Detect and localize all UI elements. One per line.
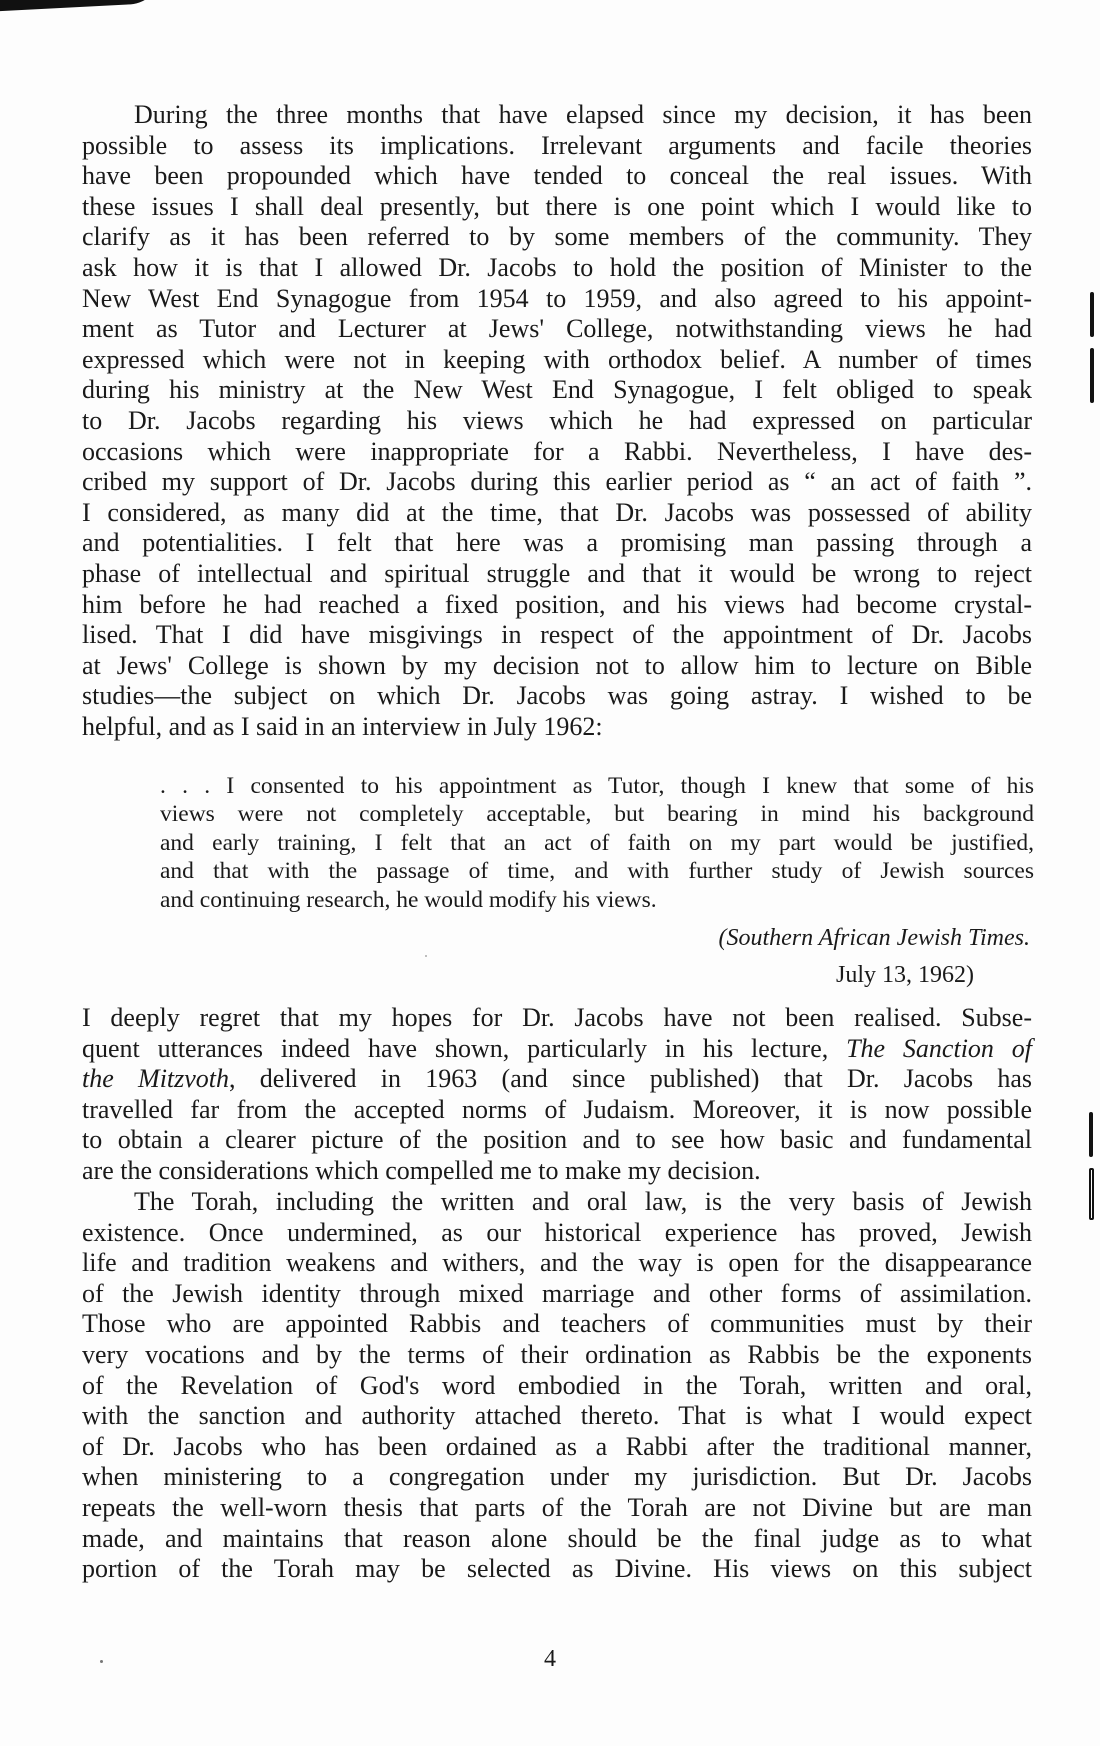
text-line: clarify as it has been referred to by so… [82, 222, 1032, 253]
page-number: 4 [0, 1646, 1100, 1673]
text-line: I considered, as many did at the time, t… [82, 498, 1032, 529]
text-line: of Dr. Jacobs who has been ordained as a… [82, 1432, 1032, 1463]
block-quote: . . . I consented to his appointment as … [160, 772, 1034, 914]
text-line: and continuing research, he would modify… [160, 886, 1034, 914]
text-line: when ministering to a congregation under… [82, 1462, 1032, 1493]
text-line: I deeply regret that my hopes for Dr. Ja… [82, 1003, 1032, 1034]
text-line: have been propounded which have tended t… [82, 161, 1032, 192]
margin-marker [1090, 348, 1094, 403]
text-line: with the sanction and authority attached… [82, 1401, 1032, 1432]
paragraph-1: During the three months that have elapse… [82, 100, 1032, 742]
quote-citation-date: July 13, 1962) [836, 962, 974, 989]
text-line: existence. Once undermined, as our histo… [82, 1218, 1032, 1249]
text-line: at Jews' College is shown by my decision… [82, 651, 1032, 682]
paragraph-3: The Torah, including the written and ora… [82, 1187, 1032, 1585]
text-line: . . . I consented to his appointment as … [160, 772, 1034, 800]
text-line: possible to assess its implications. Irr… [82, 131, 1032, 162]
text-line: repeats the well-worn thesis that parts … [82, 1493, 1032, 1524]
text-line: to obtain a clearer picture of the posit… [82, 1125, 1032, 1156]
text-line: very vocations and by the terms of their… [82, 1340, 1032, 1371]
margin-marker [1089, 1168, 1094, 1220]
text-line: studies—the subject on which Dr. Jacobs … [82, 681, 1032, 712]
text-line: and that with the passage of time, and w… [160, 857, 1034, 885]
document-page: During the three months that have elapse… [0, 0, 1100, 1746]
text-line: The Torah, including the written and ora… [82, 1187, 1032, 1218]
text-line: him before he had reached a fixed positi… [82, 590, 1032, 621]
text-line: views were not completely acceptable, bu… [160, 800, 1034, 828]
text-line: helpful, and as I said in an interview i… [82, 712, 1032, 743]
text-line: of the Jewish identity through mixed mar… [82, 1279, 1032, 1310]
text-line: quent utterances indeed have shown, part… [82, 1034, 1032, 1065]
scan-corner-shadow [0, 0, 161, 13]
text-line: these issues I shall deal presently, but… [82, 192, 1032, 223]
paragraph-2: I deeply regret that my hopes for Dr. Ja… [82, 1003, 1032, 1187]
text-line: ask how it is that I allowed Dr. Jacobs … [82, 253, 1032, 284]
text-line: life and tradition weakens and withers, … [82, 1248, 1032, 1279]
text-line: During the three months that have elapse… [82, 100, 1032, 131]
text-line: made, and maintains that reason alone sh… [82, 1524, 1032, 1555]
text-line: ment as Tutor and Lecturer at Jews' Coll… [82, 314, 1032, 345]
margin-marker [1090, 292, 1094, 337]
quote-citation-source: (Southern African Jewish Times. [718, 925, 1030, 952]
text-line: Those who are appointed Rabbis and teach… [82, 1309, 1032, 1340]
text-line: and early training, I felt that an act o… [160, 829, 1034, 857]
text-line: to Dr. Jacobs regarding his views which … [82, 406, 1032, 437]
text-line: expressed which were not in keeping with… [82, 345, 1032, 376]
text-line: portion of the Torah may be selected as … [82, 1554, 1032, 1585]
text-line: phase of intellectual and spiritual stru… [82, 559, 1032, 590]
text-line: occasions which were inappropriate for a… [82, 437, 1032, 468]
text-line: New West End Synagogue from 1954 to 1959… [82, 284, 1032, 315]
text-line: lised. That I did have misgivings in res… [82, 620, 1032, 651]
text-line: of the Revelation of God's word embodied… [82, 1371, 1032, 1402]
text-line: are the considerations which compelled m… [82, 1156, 1032, 1187]
scan-speck [425, 955, 427, 957]
text-line: and potentialities. I felt that here was… [82, 528, 1032, 559]
text-line: travelled far from the accepted norms of… [82, 1095, 1032, 1126]
margin-marker [1089, 1112, 1093, 1157]
text-line: the Mitzvoth, delivered in 1963 (and sin… [82, 1064, 1032, 1095]
text-line: during his ministry at the New West End … [82, 375, 1032, 406]
text-line: cribed my support of Dr. Jacobs during t… [82, 467, 1032, 498]
